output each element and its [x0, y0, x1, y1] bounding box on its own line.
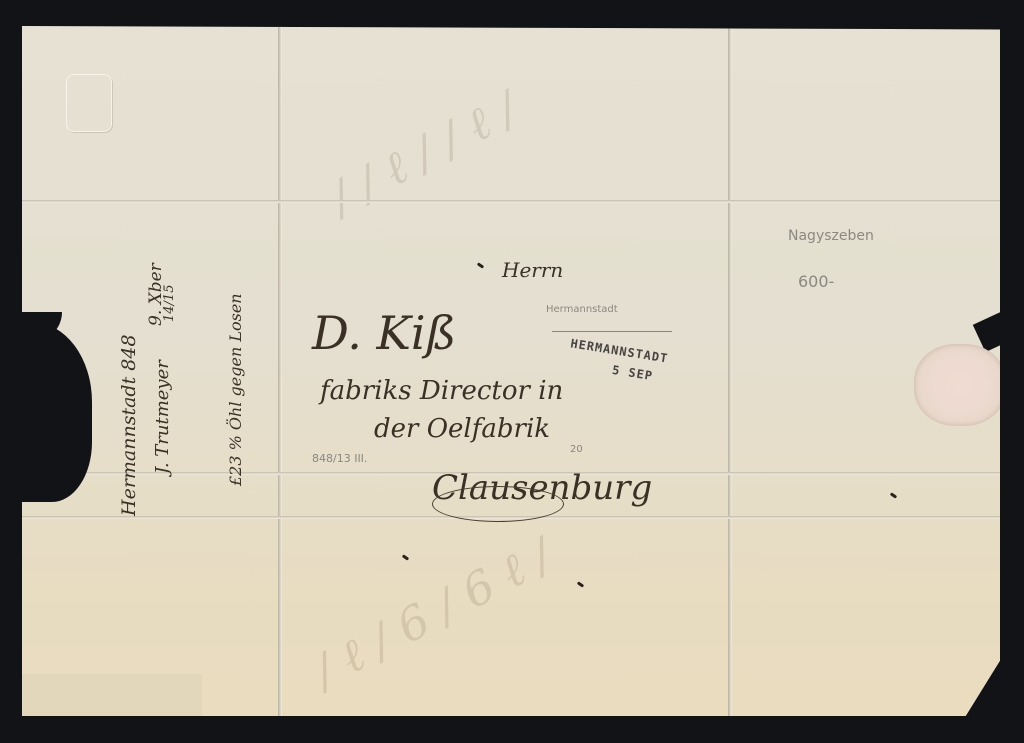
scan-background: / / ℓ / / ℓ / / ℓ / 6 / 6 ℓ / Hermannsta…: [0, 0, 1024, 743]
wax-seal-icon: [914, 344, 1006, 426]
underline: [552, 331, 672, 332]
fold-line: [22, 200, 1000, 203]
docket-line: Hermannstadt 848: [118, 334, 140, 516]
docket-line: 14/15: [162, 285, 177, 322]
fold-line: [728, 26, 732, 716]
pencil-price-note: 600-: [798, 272, 834, 291]
docket-line: J. Trutmeyer: [152, 360, 173, 474]
ink-speck: [402, 554, 409, 560]
paper-damage: [22, 322, 92, 502]
pencil-place-note: Nagyszeben: [788, 228, 874, 244]
redacted-area: [22, 674, 202, 716]
flourish: [432, 486, 564, 522]
ink-speck: [477, 262, 484, 268]
postmark-line: HERMANNSTADT: [570, 336, 670, 365]
address-line: fabriks Director in: [320, 376, 563, 406]
paper-tear: [973, 306, 1024, 352]
archive-number: 848/13 III.: [312, 452, 367, 465]
pencil-annotation: Hermannstadt: [546, 304, 618, 315]
postmark-line: 5 SEP: [611, 363, 654, 383]
address-name: D. Kiß: [312, 306, 456, 360]
address-line: der Oelfabrik: [374, 414, 550, 444]
letter-sheet: / / ℓ / / ℓ / / ℓ / 6 / 6 ℓ / Hermannsta…: [22, 26, 1000, 716]
bleed-through-writing: / ℓ / 6 / 6 ℓ /: [305, 528, 561, 698]
redacted-area: [22, 716, 202, 728]
docket-line: £23 % Öhl gegen Losen: [226, 293, 245, 486]
bleed-through-writing: / / ℓ / / ℓ /: [321, 81, 526, 224]
fold-line: [278, 26, 282, 716]
ink-speck: [577, 581, 584, 587]
address-salutation: Herrn: [502, 258, 563, 282]
faint-number: 20: [570, 444, 583, 455]
embossed-mark-icon: [66, 74, 112, 132]
ink-speck: [890, 492, 897, 498]
